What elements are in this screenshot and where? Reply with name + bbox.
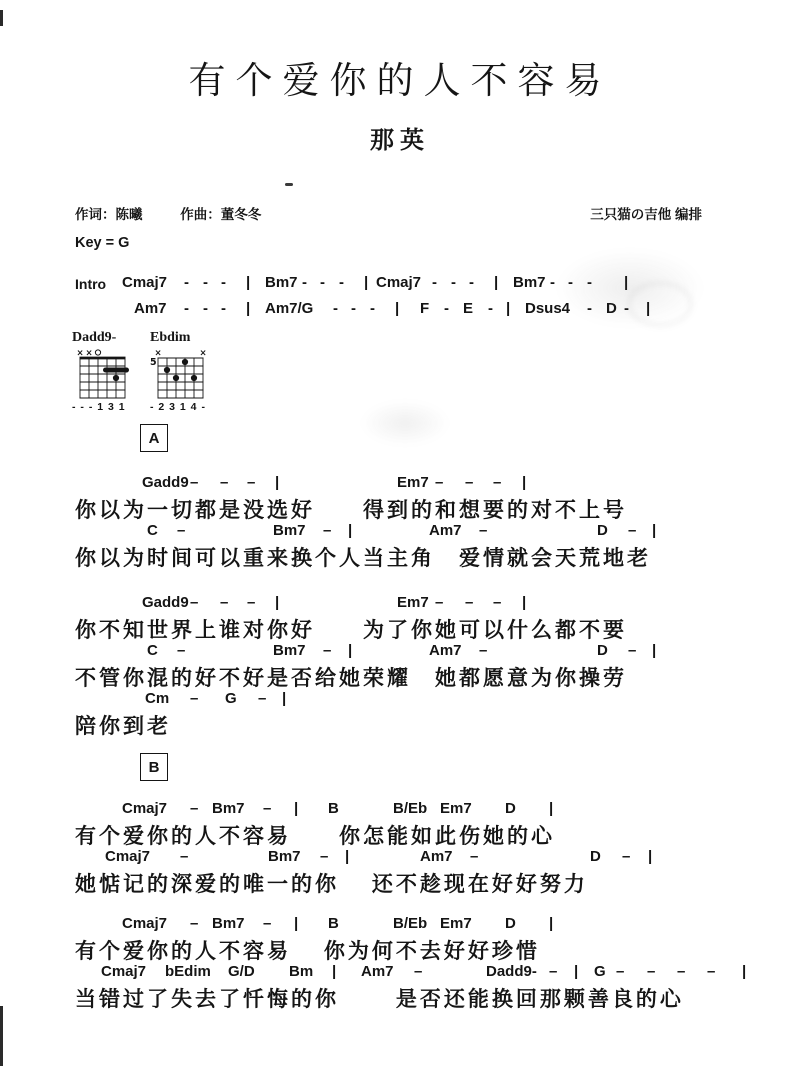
line-pair: C–Bm7–|Am7–D–| 你以为时间可以重来换个人当主角 爱情就会天荒地老 [0,522,800,570]
chord-token: - [203,274,208,291]
lyric-line: 你不知世界上谁对你好 为了你她可以什么都不要 [0,614,800,642]
chord-token: – [323,642,331,659]
chord-token: – [493,474,501,491]
chord-line: Cmaj7–Bm7–|Am7–D–| [0,848,800,868]
chord-token: – [180,848,188,865]
chord-token: Dadd9- [486,963,537,980]
chord-token: – [479,522,487,539]
chord-token: - [203,300,208,317]
lyric-line: 你以为时间可以重来换个人当主角 爱情就会天荒地老 [0,542,800,570]
section-a-box: A [140,424,168,452]
section-b-box: B [140,753,168,781]
lyricist-credit: 作词：陈曦 [75,207,143,222]
chord-token: - [339,274,344,291]
chord-token: | [294,800,298,817]
chord-token: | [275,594,279,611]
chord-token: - [184,274,189,291]
chord-token: Em7 [440,915,472,932]
chord-token: - [351,300,356,317]
chord-token: – [177,642,185,659]
chord-token: D [597,522,608,539]
section-label: A [149,430,160,447]
key-label: Key = G [75,235,129,251]
chord-token: Bm7 [273,642,306,659]
artist-name: 那英 [0,120,800,155]
chord-token: - [432,274,437,291]
chord-token: Am7 [420,848,453,865]
chord-token: D [505,800,516,817]
chord-token: Am7 [429,642,462,659]
chord-diagrams-block: Dadd9- ×× - - - 1 3 1 Ebdim ××5 - 2 3 1 … [72,330,210,413]
chord-token: - [320,274,325,291]
chord-token: – [616,963,624,980]
chord-token: – [247,474,255,491]
composer-credit: 作曲：董冬冬 [180,207,261,222]
lyric-line: 有个爱你的人不容易 你怎能如此伤她的心 [0,820,800,848]
chord-token: | [364,274,368,291]
chord-token: D [505,915,516,932]
intro-chord-line-1: Cmaj7---|Bm7---|Cmaj7---|Bm7---| [0,274,800,294]
credits-row: 作词：陈曦 作曲：董冬冬 三只猫の吉他 编排 [0,203,800,223]
chord-token: – [628,642,636,659]
section-a: A Gadd9–––|Em7–––| 你以为一切都是没选好 得到的和想要的对不上… [0,424,800,738]
chord-token: – [190,690,198,707]
chord-diagram-name: Ebdim [150,330,190,346]
chord-token: - [221,300,226,317]
chord-line: Cm–G–| [0,690,800,710]
svg-text:5: 5 [150,357,157,368]
lyric-line: 有个爱你的人不容易 你为何不去好好珍惜 [0,935,800,963]
chord-token: – [677,963,685,980]
chord-token: | [348,642,352,659]
chord-token: D [590,848,601,865]
chord-token: - [444,300,449,317]
chord-token: | [624,274,628,291]
chord-token: – [247,594,255,611]
chord-token: Cmaj7 [376,274,421,291]
chord-token: C [147,642,158,659]
chord-diagram-dadd9: Dadd9- ×× - - - 1 3 1 [72,330,132,413]
chord-token: – [707,963,715,980]
chord-token: – [647,963,655,980]
chord-token: - [587,274,592,291]
chord-token: Bm [289,963,313,980]
chord-token: Em7 [397,594,429,611]
credits-left: 作词：陈曦 作曲：董冬冬 [75,203,295,223]
chord-token: – [470,848,478,865]
chord-token: D [597,642,608,659]
chord-token: - [184,300,189,317]
chord-fingering: - - - 1 3 1 [72,401,126,413]
line-pair: Cmaj7–Bm7–|Am7–D–| 她惦记的深爱的唯一的你 还不趁现在好好努力 [0,848,800,896]
chord-token: | [574,963,578,980]
chord-token: - [451,274,456,291]
chord-token: – [220,474,228,491]
chord-token: – [493,594,501,611]
chord-token: – [414,963,422,980]
chord-token: Cmaj7 [122,274,167,291]
chord-token: - [302,274,307,291]
chord-token: | [506,300,510,317]
chord-token: Cmaj7 [122,915,167,932]
chord-token: E [463,300,473,317]
chord-token: Bm7 [265,274,298,291]
scan-edge-mark [0,1006,3,1066]
chord-token: | [646,300,650,317]
chord-token: - [469,274,474,291]
chord-line: Cmaj7bEdimG/DBm|Am7–Dadd9-–|G––––| [0,963,800,983]
chord-sheet-page: 有个爱你的人不容易 那英 作词：陈曦 作曲：董冬冬 三只猫の吉他 编排 Key … [0,0,800,1066]
chord-token: | [395,300,399,317]
chord-token: | [332,963,336,980]
line-pair: Gadd9–––|Em7–––| 你以为一切都是没选好 得到的和想要的对不上号 [0,474,800,522]
chord-diagram-name: Dadd9- [72,330,116,346]
chord-token: Am7 [361,963,394,980]
chord-token: G [594,963,606,980]
chord-token: | [246,300,250,317]
chord-token: Cm [145,690,169,707]
chord-token: – [465,594,473,611]
chord-token: Am7 [134,300,167,317]
chord-token: - [624,300,629,317]
chord-token: Cmaj7 [101,963,146,980]
lyric-line: 不管你混的好不好是否给她荣耀 她都愿意为你操劳 [0,662,800,690]
chord-line: Cmaj7–Bm7–|BB/EbEm7D| [0,915,800,935]
chord-token: - [587,300,592,317]
chord-line: Gadd9–––|Em7–––| [0,474,800,494]
intro-chord-line-2: Am7---|Am7/G---|F-E-|Dsus4-D-| [0,300,800,320]
chord-token: – [320,848,328,865]
chord-token: | [282,690,286,707]
chord-token: F [420,300,429,317]
line-pair: Gadd9–––|Em7–––| 你不知世界上谁对你好 为了你她可以什么都不要 [0,594,800,642]
chord-token: Dsus4 [525,300,570,317]
chord-token: – [465,474,473,491]
chord-token: Bm7 [513,274,546,291]
chord-token: | [549,800,553,817]
chord-token: Cmaj7 [122,800,167,817]
chord-token: bEdim [165,963,211,980]
chord-token: Am7 [429,522,462,539]
chord-token: | [494,274,498,291]
chord-token: – [263,915,271,932]
chord-token: | [648,848,652,865]
chord-token: | [294,915,298,932]
line-pair: Cmaj7–Bm7–|BB/EbEm7D| 有个爱你的人不容易 你怎能如此伤她的… [0,800,800,848]
line-pair: C–Bm7–|Am7–D–| 不管你混的好不好是否给她荣耀 她都愿意为你操劳 [0,642,800,690]
chord-token: G [225,690,237,707]
chord-token: Bm7 [273,522,306,539]
chord-token: – [177,522,185,539]
chord-token: - [568,274,573,291]
chord-token: | [652,642,656,659]
chord-token: | [348,522,352,539]
chord-token: - [333,300,338,317]
chord-token: B [328,800,339,817]
chord-token: – [435,474,443,491]
chord-token: D [606,300,617,317]
chord-token: – [220,594,228,611]
line-pair: Cm–G–| 陪你到老 [0,690,800,738]
chord-grid-diagram: ×× [72,346,132,400]
chord-token: G/D [228,963,255,980]
chord-fingering: - 2 3 1 4 - [150,401,206,413]
chord-grid-diagram: ××5 [150,346,210,400]
lyric-line: 当错过了失去了忏悔的你 是否还能换回那颗善良的心 [0,983,800,1011]
chord-token: – [549,963,557,980]
arranger-credit: 三只猫の吉他 编排 [590,203,702,223]
chord-token: C [147,522,158,539]
chord-token: Bm7 [212,800,245,817]
chord-token: | [742,963,746,980]
chord-token: Em7 [440,800,472,817]
chord-token: | [549,915,553,932]
chord-line: C–Bm7–|Am7–D–| [0,522,800,542]
chord-token: – [263,800,271,817]
chord-token: B/Eb [393,800,427,817]
chord-token: Bm7 [212,915,245,932]
chord-token: – [190,915,198,932]
line-pair: Cmaj7–Bm7–|BB/EbEm7D| 有个爱你的人不容易 你为何不去好好珍… [0,915,800,963]
chord-token: | [246,274,250,291]
section-label: B [149,759,160,776]
chord-token: | [275,474,279,491]
section-b: B Cmaj7–Bm7–|BB/EbEm7D| 有个爱你的人不容易 你怎能如此伤… [0,753,800,1011]
chord-token: Cmaj7 [105,848,150,865]
chord-token: – [323,522,331,539]
chord-token: – [258,690,266,707]
chord-token: - [370,300,375,317]
chord-line: Gadd9–––|Em7–––| [0,594,800,614]
lyric-line: 她惦记的深爱的唯一的你 还不趁现在好好努力 [0,868,800,896]
chord-token: – [479,642,487,659]
line-pair: Cmaj7bEdimG/DBm|Am7–Dadd9-–|G––––| 当错过了失… [0,963,800,1011]
chord-token: – [628,522,636,539]
chord-diagram-ebdim: Ebdim ××5 - 2 3 1 4 - [150,330,210,413]
chord-token: – [190,474,198,491]
chord-token: B [328,915,339,932]
chord-token: Em7 [397,474,429,491]
chord-line: Cmaj7–Bm7–|BB/EbEm7D| [0,800,800,820]
stray-mark [285,183,293,186]
chord-token: Gadd9 [142,594,189,611]
chord-token: B/Eb [393,915,427,932]
chord-token: – [190,800,198,817]
chord-token: | [345,848,349,865]
chord-token: - [550,274,555,291]
lyric-line: 陪你到老 [0,710,800,738]
chord-token: | [652,522,656,539]
chord-token: Am7/G [265,300,313,317]
chord-token: Bm7 [268,848,301,865]
scan-edge-mark [0,10,3,26]
chord-token: – [435,594,443,611]
chord-token: Gadd9 [142,474,189,491]
chord-token: - [488,300,493,317]
song-title: 有个爱你的人不容易 [0,50,800,104]
chord-token: | [522,474,526,491]
chord-token: | [522,594,526,611]
chord-token: - [221,274,226,291]
svg-text:×: × [199,349,206,359]
lyric-line: 你以为一切都是没选好 得到的和想要的对不上号 [0,494,800,522]
chord-line: C–Bm7–|Am7–D–| [0,642,800,662]
chord-token: – [622,848,630,865]
chord-token: – [190,594,198,611]
